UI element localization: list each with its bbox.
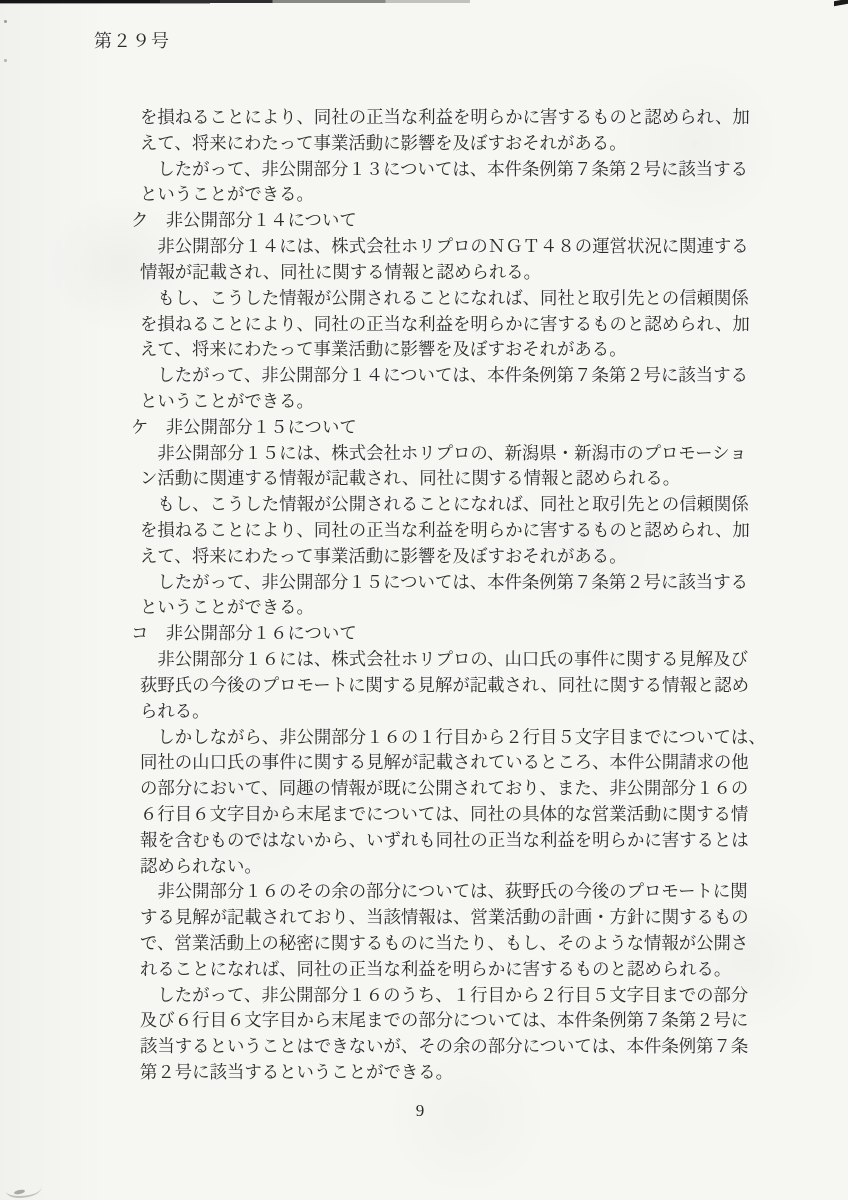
text-line: しかしながら、非公開部分１６の１行目から２行目５文字目までについては、 <box>140 725 820 751</box>
text-line: したがって、非公開部分１４については、本件条例第７条第２号に該当する <box>140 363 820 389</box>
text-line: 認められない。 <box>140 854 820 880</box>
text-line: で、営業活動上の秘密に関するものに当たり、もし、そのような情報が公開さ <box>140 931 820 957</box>
text-line: したがって、非公開部分１３については、本件条例第７条第２号に該当する <box>140 157 820 183</box>
section-heading-line: コ 非公開部分１６について <box>131 621 820 647</box>
text-line: 荻野氏の今後のプロモートに関する見解が記載され、同社に関する情報と認め <box>140 673 820 699</box>
text-line: 該当するということはできないが、その余の部分については、本件条例第７条 <box>140 1034 820 1060</box>
text-line: もし、こうした情報が公開されることになれば、同社と取引先との信頼関係 <box>140 492 820 518</box>
document-number: 第２９号 <box>94 27 170 53</box>
scan-artifact-top-edge-line2 <box>0 3 210 4</box>
text-line: を損ねることにより、同社の正当な利益を明らかに害するものと認められ、加 <box>140 518 820 544</box>
text-line: 第２号に該当するということができる。 <box>140 1060 820 1086</box>
scan-artifact-top-right-mark <box>834 0 848 6</box>
text-line: 非公開部分１６のその余の部分については、荻野氏の今後のプロモートに関 <box>140 879 820 905</box>
text-line: れることになれば、同社の正当な利益を明らかに害するものと認められる。 <box>140 957 820 983</box>
text-line: ということができる。 <box>140 595 820 621</box>
text-line: 非公開部分１４には、株式会社ホリプロのＮＧＴ４８の運営状況に関連する <box>140 234 820 260</box>
text-line: ６行目６文字目から末尾までについては、同社の具体的な営業活動に関する情 <box>140 802 820 828</box>
text-line: したがって、非公開部分１５については、本件条例第７条第２号に該当する <box>140 570 820 596</box>
text-line: 非公開部分１５には、株式会社ホリプロの、新潟県・新潟市のプロモーショ <box>140 441 820 467</box>
page-number: 9 <box>0 1101 840 1121</box>
text-line: もし、こうした情報が公開されることになれば、同社と取引先との信頼関係 <box>140 286 820 312</box>
text-line: 同社の山口氏の事件に関する見解が記載されているところ、本件公開請求の他 <box>140 750 820 776</box>
text-line: する見解が記載されており、当該情報は、営業活動の計画・方針に関するもの <box>140 905 820 931</box>
text-line: えて、将来にわたって事業活動に影響を及ぼすおそれがある。 <box>140 544 820 570</box>
scanned-document-page: 第２９号 を損ねることにより、同社の正当な利益を明らかに害するものと認められ、加… <box>0 0 848 1200</box>
section-heading-line: ク 非公開部分１４について <box>131 208 820 234</box>
text-line: ということができる。 <box>140 182 820 208</box>
text-line: えて、将来にわたって事業活動に影響を及ぼすおそれがある。 <box>140 131 820 157</box>
text-line: ン活動に関連する情報が記載され、同社に関する情報と認められる。 <box>140 466 820 492</box>
scan-artifact-left-dot <box>4 20 7 23</box>
document-body: を損ねることにより、同社の正当な利益を明らかに害するものと認められ、加えて、将来… <box>140 105 820 1086</box>
text-line: を損ねることにより、同社の正当な利益を明らかに害するものと認められ、加 <box>140 105 820 131</box>
text-line: したがって、非公開部分１６のうち、１行目から２行目５文字目までの部分 <box>140 983 820 1009</box>
text-line: 情報が記載され、同社に関する情報と認められる。 <box>140 260 820 286</box>
text-line: 及び６行目６文字目から末尾までの部分については、本件条例第７条第２号に <box>140 1008 820 1034</box>
text-line: られる。 <box>140 699 820 725</box>
text-line: ということができる。 <box>140 389 820 415</box>
text-line: の部分において、同趣の情報が既に公開されており、また、非公開部分１６の <box>140 776 820 802</box>
scan-artifact-left-dot <box>4 59 7 62</box>
text-line: 報を含むものではないから、いずれも同社の正当な利益を明らかに害するとは <box>140 828 820 854</box>
text-line: 非公開部分１６には、株式会社ホリプロの、山口氏の事件に関する見解及び <box>140 647 820 673</box>
section-heading-line: ケ 非公開部分１５について <box>131 415 820 441</box>
text-line: を損ねることにより、同社の正当な利益を明らかに害するものと認められ、加 <box>140 312 820 338</box>
text-line: えて、将来にわたって事業活動に影響を及ぼすおそれがある。 <box>140 337 820 363</box>
